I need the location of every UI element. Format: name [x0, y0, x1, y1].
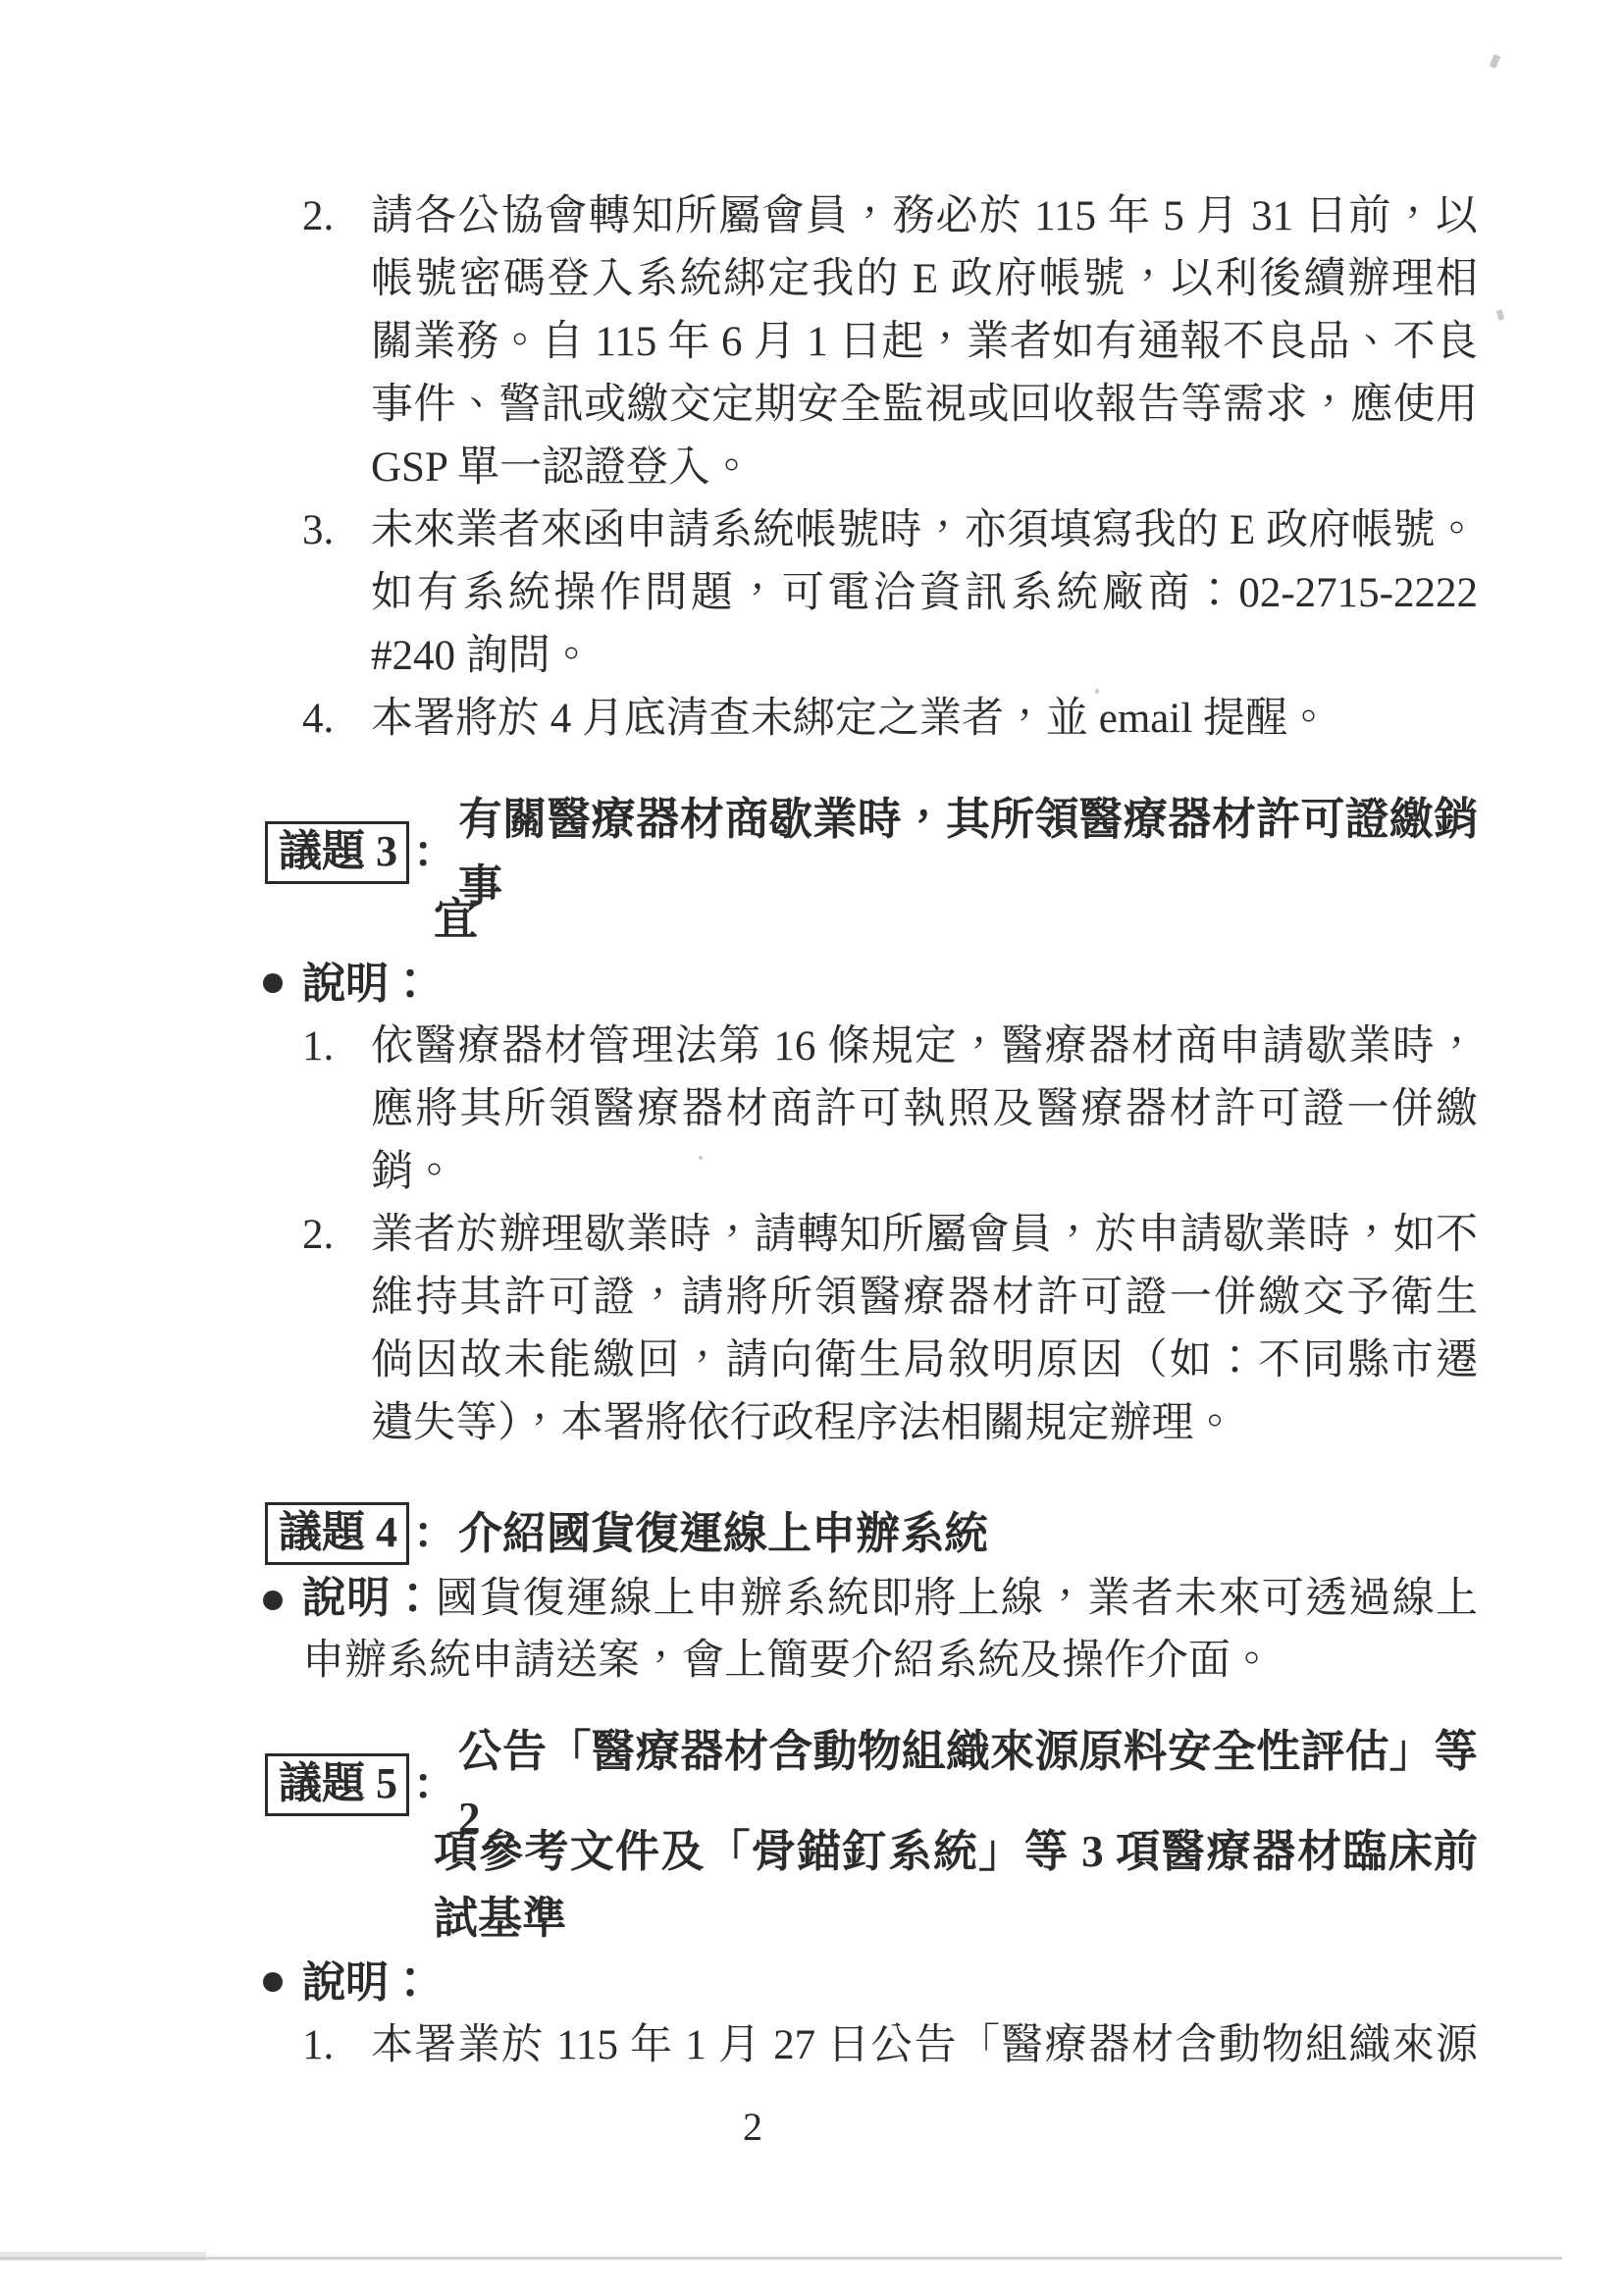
bullet-icon — [263, 1972, 283, 1992]
bullet-icon — [263, 973, 283, 993]
body-line: 本署將於 4 月底清查未綁定之業者，並 email 提醒。 — [371, 688, 1478, 751]
topic-5-section: 議題 5 ： 公告「醫療器材含動物組織來源原料安全性評估」等 2 項參考文件及「… — [265, 1751, 1478, 1952]
body-line: GSP 單一認證登入。 — [371, 437, 1478, 499]
body-line: 銷。 — [371, 1141, 1478, 1204]
topic-5-list: 1. 本署業於 115 年 1 月 27 日公告「醫療器材含動物組織來源 — [371, 2014, 1478, 2077]
list-item-number: 2. — [302, 185, 365, 248]
body-line: 關業務。自 115 年 6 月 1 日起，業者如有通報不良品、不良 — [371, 311, 1478, 374]
topic-3-list: 1. 依醫療器材管理法第 16 條規定，醫療器材商申請歇業時， 應將其所領醫療器… — [371, 1016, 1478, 1455]
topic-label-box: 議題 5 — [265, 1753, 409, 1816]
topic-colon: ： — [409, 1500, 458, 1567]
topic-label-box: 議題 4 — [265, 1502, 409, 1565]
list-item: 2. 請各公協會轉知所屬會員，務必於 115 年 5 月 31 日前，以 帳號密… — [371, 185, 1478, 499]
list-item-number: 3. — [302, 499, 365, 562]
list-item: 4. 本署將於 4 月底清查未綁定之業者，並 email 提醒。 — [371, 688, 1478, 751]
body-line: 說明：國貨復運線上申辦系統即將上線，業者未來可透過線上 — [302, 1567, 1478, 1630]
body-line: 倘因故未能繳回，請向衛生局敘明原因（如：不同縣市遷址、 — [371, 1330, 1478, 1392]
topic-title-line: 有關醫療器材商歇業時，其所領醫療器材許可證繳銷事 — [458, 786, 1478, 919]
body-line: #240 詢問。 — [371, 625, 1478, 688]
body-line: 業者於辦理歇業時，請轉知所屬會員，於申請歇業時，如不 — [371, 1204, 1478, 1267]
topic-label-box: 議題 3 — [265, 821, 409, 884]
shuoming-label: 說明： — [302, 1958, 432, 2007]
list-item-number: 4. — [302, 688, 365, 751]
list-item: 1. 依醫療器材管理法第 16 條規定，醫療器材商申請歇業時， 應將其所領醫療器… — [371, 1016, 1478, 1204]
intro-list: 2. 請各公協會轉知所屬會員，務必於 115 年 5 月 31 日前，以 帳號密… — [371, 185, 1478, 751]
body-line: 申辦系統申請送案，會上簡要介紹系統及操作介面。 — [302, 1630, 1478, 1693]
topic-colon: ： — [409, 1751, 458, 1818]
body-line: 依醫療器材管理法第 16 條規定，醫療器材商申請歇業時， — [371, 1016, 1478, 1078]
list-item: 3. 未來業者來函申請系統帳號時，亦須填寫我的 E 政府帳號。 如有系統操作問題… — [371, 499, 1478, 688]
list-item-number: 2. — [302, 1204, 365, 1267]
scan-artifact — [1490, 54, 1500, 69]
body-line: 本署業於 115 年 1 月 27 日公告「醫療器材含動物組織來源 — [371, 2014, 1478, 2077]
topic-title-line: 試基準 — [265, 1885, 1478, 1952]
scan-artifact — [1496, 309, 1504, 320]
description-text: 國貨復運線上申辦系統即將上線，業者未來可透過線上 — [436, 1576, 1478, 1622]
topic-heading: 議題 3 ： 有關醫療器材商歇業時，其所領醫療器材許可證繳銷事 — [265, 819, 1478, 886]
shuoming-label: 說明： — [302, 1574, 436, 1622]
bullet-icon — [263, 1591, 283, 1610]
shuoming-bullet-line: 說明： — [263, 953, 1478, 1016]
page-number: 2 — [0, 2103, 1505, 2152]
body-line: 事件、警訊或繳交定期安全監視或回收報告等需求，應使用 — [371, 374, 1478, 437]
body-line: 請各公協會轉知所屬會員，務必於 115 年 5 月 31 日前，以 — [371, 185, 1478, 248]
topic-heading: 議題 5 ： 公告「醫療器材含動物組織來源原料安全性評估」等 2 — [265, 1751, 1478, 1818]
scanned-document-page: { "intro": { "items": [ { "num": "2.", "… — [0, 0, 1623, 2296]
body-line: 帳號密碼登入系統綁定我的 E 政府帳號，以利後續辦理相 — [371, 248, 1478, 311]
body-line: 維持其許可證，請將所領醫療器材許可證一併繳交予衛生局。 — [371, 1267, 1478, 1330]
body-line: 如有系統操作問題，可電洽資訊系統廠商：02-2715-2222 — [371, 562, 1478, 625]
topic-title-line: 介紹國貨復運線上申辦系統 — [458, 1500, 1478, 1567]
body-line: 應將其所領醫療器材商許可執照及醫療器材許可證一併繳 — [371, 1078, 1478, 1141]
shuoming-bullet-line: 說明： — [263, 1952, 1478, 2014]
body-line: 未來業者來函申請系統帳號時，亦須填寫我的 E 政府帳號。 — [371, 499, 1478, 562]
topic-title-line: 項參考文件及「骨錨釘系統」等 3 項醫療器材臨床前測 — [265, 1818, 1478, 1885]
list-item: 2. 業者於辦理歇業時，請轉知所屬會員，於申請歇業時，如不 維持其許可證，請將所… — [371, 1204, 1478, 1455]
page-edge-shadow — [0, 2257, 1562, 2260]
topic-heading: 議題 4 ： 介紹國貨復運線上申辦系統 — [265, 1500, 1478, 1567]
topic-4-description: 說明：國貨復運線上申辦系統即將上線，業者未來可透過線上 申辦系統申請送案，會上簡… — [302, 1567, 1478, 1693]
list-item-number: 1. — [302, 2014, 365, 2077]
list-item-number: 1. — [302, 1016, 365, 1078]
scan-artifact — [699, 1156, 703, 1160]
list-item: 1. 本署業於 115 年 1 月 27 日公告「醫療器材含動物組織來源 — [371, 2014, 1478, 2077]
scan-artifact — [1095, 689, 1099, 694]
topic-4-section: 議題 4 ： 介紹國貨復運線上申辦系統 — [265, 1500, 1478, 1567]
topic-colon: ： — [409, 819, 458, 886]
shuoming-label: 說明： — [302, 960, 432, 1008]
topic-3-section: 議題 3 ： 有關醫療器材商歇業時，其所領醫療器材許可證繳銷事 宜 — [265, 819, 1478, 953]
body-line: 遺失等），本署將依行政程序法相關規定辦理。 — [371, 1392, 1478, 1455]
